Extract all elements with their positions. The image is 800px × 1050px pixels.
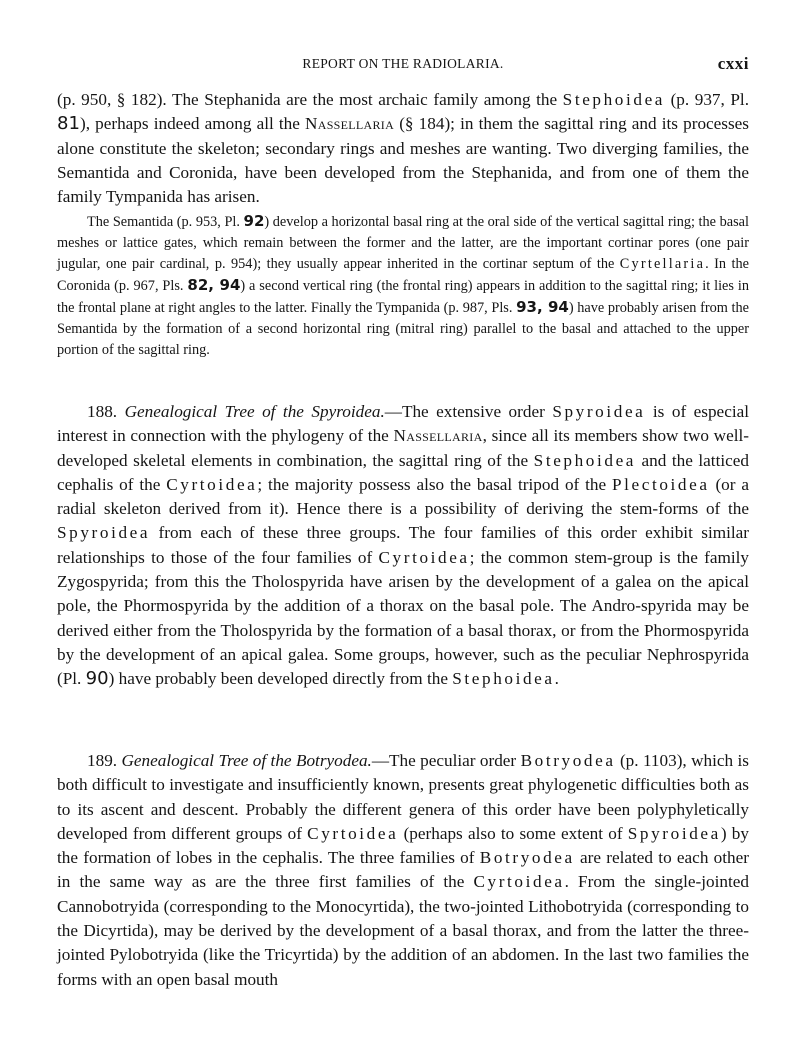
taxon-name: Botryodea xyxy=(521,751,616,770)
taxon-name: Cyrtoidea xyxy=(307,824,398,843)
taxon-name: Spyroidea xyxy=(552,402,645,421)
section-number: 189. xyxy=(87,751,121,770)
plate-ref: 90 xyxy=(86,668,109,689)
text-run: (p. 937, Pl. xyxy=(665,90,749,109)
text-run: (perhaps also to some extent of xyxy=(398,824,627,843)
running-title: REPORT ON THE RADIOLARIA. xyxy=(57,56,749,72)
plate-ref: 82, 94 xyxy=(187,276,240,294)
text-run: The Semantida (p. 953, Pl. xyxy=(87,214,244,230)
taxon-name: Stephoidea xyxy=(452,669,554,688)
taxon-name: Cyrtoidea xyxy=(166,475,257,494)
taxon-name: Plectoidea xyxy=(612,475,710,494)
section-189-botryodea: 189. Genealogical Tree of the Botryodea.… xyxy=(57,749,749,992)
taxon-name: Botryodea xyxy=(480,848,575,867)
text-run: —The peculiar order xyxy=(372,751,521,770)
text-run: ) have probably been developed directly … xyxy=(109,669,453,688)
page-number: cxxi xyxy=(718,54,749,74)
taxon-name: Cyrtoidea xyxy=(378,548,469,567)
plate-ref: 92 xyxy=(244,212,265,230)
section-heading: Genealogical Tree of the Spyroidea. xyxy=(125,402,385,421)
plate-ref: 93, 94 xyxy=(516,298,569,316)
text-run: ; the common stem-group is the family Zy… xyxy=(57,548,749,688)
taxon-name: Cyrtellaria xyxy=(620,256,705,272)
taxon-smallcaps: Nassellaria xyxy=(305,114,394,133)
paragraph-semantida-note: The Semantida (p. 953, Pl. 92) develop a… xyxy=(57,211,749,361)
running-head: REPORT ON THE RADIOLARIA. cxxi xyxy=(57,54,749,76)
section-heading: Genealogical Tree of the Botryodea. xyxy=(121,751,371,770)
plate-ref: 81 xyxy=(57,113,80,134)
taxon-smallcaps: Nassellaria xyxy=(394,426,483,445)
paragraph-stephanida: (p. 950, § 182). The Stephanida are the … xyxy=(57,88,749,209)
text-run: . xyxy=(555,669,559,688)
taxon-name: Stephoidea xyxy=(563,90,665,109)
text-run: ), perhaps indeed among all the xyxy=(80,114,305,133)
taxon-name: Spyroidea xyxy=(57,523,150,542)
taxon-name: Spyroidea xyxy=(628,824,721,843)
taxon-name: Stephoidea xyxy=(534,451,636,470)
section-number: 188. xyxy=(87,402,125,421)
text-run: (p. 950, § 182). The Stephanida are the … xyxy=(57,90,563,109)
section-188-spyroidea: 188. Genealogical Tree of the Spyroidea.… xyxy=(57,400,749,692)
text-run: ; the majority possess also the basal tr… xyxy=(257,475,612,494)
taxon-name: Cyrtoidea xyxy=(473,872,564,891)
text-run: —The extensive order xyxy=(385,402,553,421)
